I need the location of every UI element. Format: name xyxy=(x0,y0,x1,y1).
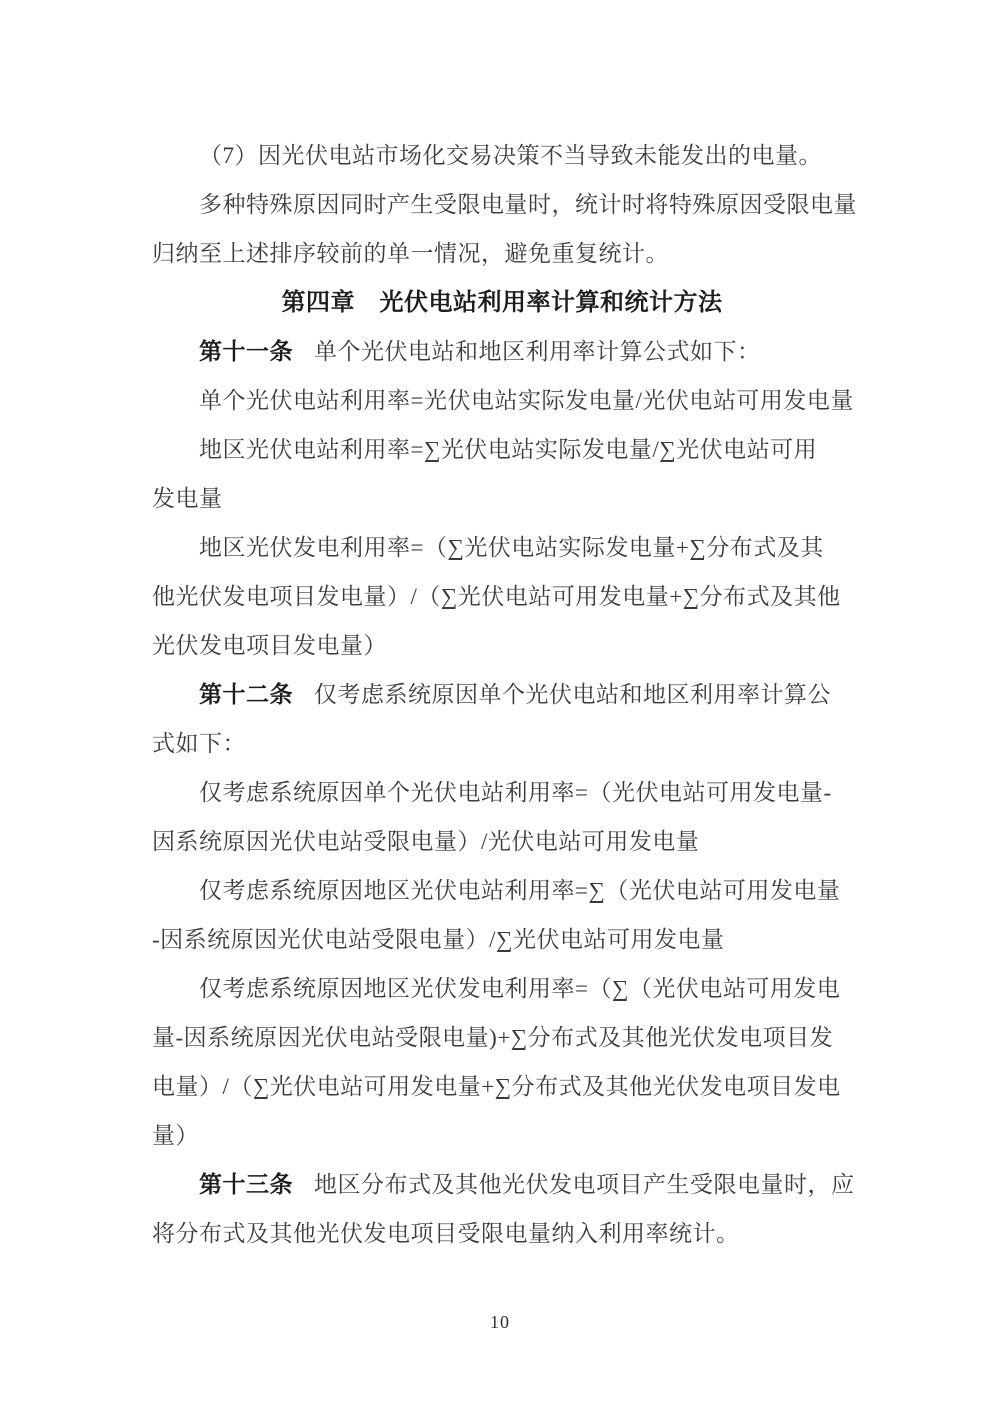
body-line: 将分布式及其他光伏发电项目受限电量纳入利用率统计。 xyxy=(152,1209,852,1258)
page-number: 10 xyxy=(0,1300,1000,1344)
formula-line: 仅考虑系统原因地区光伏发电利用率=（∑（光伏电站可用发电 xyxy=(152,964,852,1013)
formula-line: 量-因系统原因光伏电站受限电量)+∑分布式及其他光伏发电项目发 xyxy=(152,1013,852,1062)
formula-line: 电量）/（∑光伏电站可用发电量+∑分布式及其他光伏发电项目发电 xyxy=(152,1062,852,1111)
document-page: （7）因光伏电站市场化交易决策不当导致未能发出的电量。 多种特殊原因同时产生受限… xyxy=(0,0,1000,1414)
chapter-heading: 第四章 光伏电站利用率计算和统计方法 xyxy=(152,278,852,327)
body-line: 归纳至上述排序较前的单一情况，避免重复统计。 xyxy=(152,229,852,278)
formula-line: 量） xyxy=(152,1111,852,1160)
body-line: 式如下： xyxy=(152,719,852,768)
formula-line: 单个光伏电站利用率=光伏电站实际发电量/光伏电站可用发电量 xyxy=(152,376,852,425)
article-number-label: 第十一条 xyxy=(199,338,293,364)
body-line: 多种特殊原因同时产生受限电量时，统计时将特殊原因受限电量 xyxy=(152,180,852,229)
article-number-label: 第十三条 xyxy=(199,1171,293,1197)
document-content: （7）因光伏电站市场化交易决策不当导致未能发出的电量。 多种特殊原因同时产生受限… xyxy=(152,131,852,1258)
article-text: 仅考虑系统原因单个光伏电站和地区利用率计算公 xyxy=(314,682,831,707)
formula-line: 他光伏发电项目发电量）/（∑光伏电站可用发电量+∑分布式及其他 xyxy=(152,572,852,621)
formula-line: 仅考虑系统原因地区光伏电站利用率=∑（光伏电站可用发电量 xyxy=(152,866,852,915)
article-text: 地区分布式及其他光伏发电项目产生受限电量时，应 xyxy=(314,1172,855,1197)
formula-line: -因系统原因光伏电站受限电量）/∑光伏电站可用发电量 xyxy=(152,915,852,964)
formula-line: 地区光伏电站利用率=∑光伏电站实际发电量/∑光伏电站可用 xyxy=(152,425,852,474)
formula-line: 因系统原因光伏电站受限电量）/光伏电站可用发电量 xyxy=(152,817,852,866)
article-line: 第十一条单个光伏电站和地区利用率计算公式如下： xyxy=(152,327,852,376)
formula-line: 仅考虑系统原因单个光伏电站利用率=（光伏电站可用发电量- xyxy=(152,768,852,817)
article-line: 第十二条仅考虑系统原因单个光伏电站和地区利用率计算公 xyxy=(152,670,852,719)
formula-line: 光伏发电项目发电量） xyxy=(152,621,852,670)
article-number-label: 第十二条 xyxy=(199,681,293,707)
formula-line: 发电量 xyxy=(152,474,852,523)
article-text: 单个光伏电站和地区利用率计算公式如下： xyxy=(314,339,761,364)
formula-line: 地区光伏发电利用率=（∑光伏电站实际发电量+∑分布式及其 xyxy=(152,523,852,572)
article-line: 第十三条地区分布式及其他光伏发电项目产生受限电量时，应 xyxy=(152,1160,852,1209)
body-line: （7）因光伏电站市场化交易决策不当导致未能发出的电量。 xyxy=(152,131,852,180)
